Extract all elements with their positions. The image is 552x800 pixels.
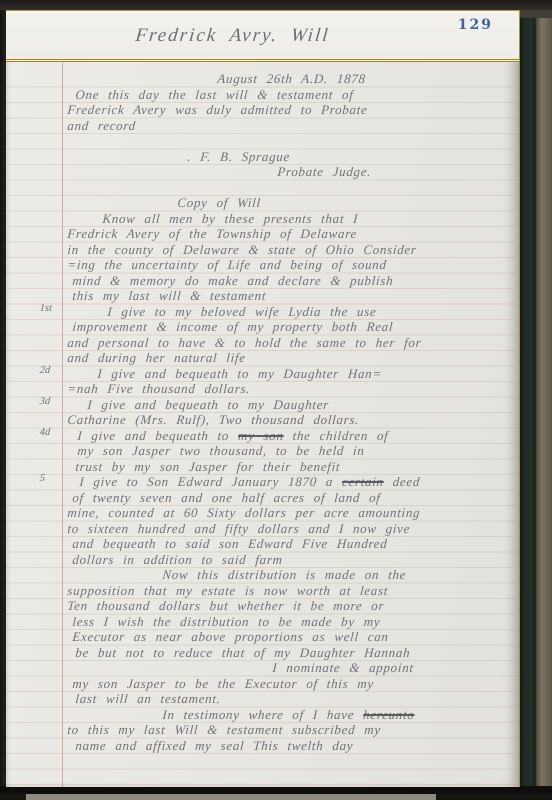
book-binding-edge xyxy=(518,0,552,800)
manuscript-text: to this my last Will & testament subscri… xyxy=(67,722,381,737)
manuscript-text: and record xyxy=(67,118,137,133)
manuscript-text: and personal to have & to hold the same … xyxy=(67,335,422,350)
manuscript-line: In testimony where of I have hereunto xyxy=(67,707,511,723)
manuscript-text: be but not to reduce that of my Daughter… xyxy=(75,645,411,660)
manuscript-text: Frederick Avery was duly admitted to Pro… xyxy=(67,102,368,117)
manuscript-line: and record xyxy=(67,118,511,134)
manuscript-line: 2dI give and bequeath to my Daughter Han… xyxy=(67,366,511,382)
manuscript-line: supposition that my estate is now worth … xyxy=(67,583,511,599)
manuscript-line: Catharine (Mrs. Rulf), Two thousand doll… xyxy=(67,412,511,428)
ledger-page: Fredrick Avry. Will 129 August 26th A.D.… xyxy=(6,10,520,787)
manuscript-line: and during her natural life xyxy=(67,350,511,366)
manuscript-line: and personal to have & to hold the same … xyxy=(67,335,511,351)
manuscript-line: be but not to reduce that of my Daughter… xyxy=(67,645,511,661)
manuscript-line: I nominate & appoint xyxy=(67,660,511,676)
manuscript-line: last will an testament. xyxy=(67,691,511,707)
manuscript-text: deed xyxy=(383,474,420,489)
manuscript-line: in the county of Delaware & state of Ohi… xyxy=(67,242,511,258)
manuscript-text: Probate Judge. xyxy=(277,164,372,179)
page-title: Fredrick Avry. Will xyxy=(5,25,460,47)
margin-rule-line xyxy=(62,62,63,787)
manuscript-line: mind & memory do make and declare & publ… xyxy=(67,273,511,289)
page-number: 129 xyxy=(458,17,493,33)
manuscript-line: 3dI give and bequeath to my Daughter xyxy=(67,397,511,413)
manuscript-line: dollars in addition to said farm xyxy=(67,552,511,568)
table-surface-strip xyxy=(26,794,436,800)
manuscript-line: and bequeath to said son Edward Five Hun… xyxy=(67,536,511,552)
manuscript-lines: August 26th A.D. 1878One this day the la… xyxy=(68,71,511,753)
manuscript-line: Fredrick Avery of the Township of Delawa… xyxy=(67,226,511,242)
struck-text: hereunto xyxy=(363,707,415,722)
manuscript-text: I give to Son Edward January 1870 a xyxy=(79,474,343,489)
manuscript-line: 1stI give to my beloved wife Lydia the u… xyxy=(67,304,511,320)
manuscript-line: mine, counted at 60 Sixty dollars per ac… xyxy=(67,505,511,521)
manuscript-line: my son Jasper two thousand, to be held i… xyxy=(67,443,511,459)
clause-number: 5 xyxy=(39,471,45,487)
manuscript-text: my son Jasper two thousand, to be held i… xyxy=(77,443,365,458)
manuscript-text: I give and bequeath to my Daughter Han= xyxy=(97,366,383,381)
manuscript-text: =nah Five thousand dollars. xyxy=(67,381,251,396)
manuscript-text: Ten thousand dollars but whether it be m… xyxy=(67,598,385,613)
manuscript-line: less I wish the distribution to be made … xyxy=(67,614,511,630)
manuscript-text: Now this distribution is made on the xyxy=(162,567,407,582)
manuscript-text: last will an testament. xyxy=(75,691,221,706)
clause-number: 3d xyxy=(39,394,51,410)
manuscript-text: =ing the uncertainty of Life and being o… xyxy=(67,257,387,272)
manuscript-text: trust by my son Jasper for their benefit xyxy=(75,459,341,474)
manuscript-line: name and affixed my seal This twelth day xyxy=(67,738,511,754)
manuscript-text: Copy of Will xyxy=(177,195,261,210)
blank-line xyxy=(67,180,511,196)
page-header: Fredrick Avry. Will 129 xyxy=(6,11,519,62)
manuscript-line: my son Jasper to be the Executor of this… xyxy=(67,676,511,692)
manuscript-line: =ing the uncertainty of Life and being o… xyxy=(67,257,511,273)
manuscript-text: and bequeath to said son Edward Five Hun… xyxy=(72,536,388,551)
manuscript-line: Know all men by these presents that I xyxy=(67,211,511,227)
manuscript-text: my son Jasper to be the Executor of this… xyxy=(72,676,375,691)
clause-number: 1st xyxy=(39,301,52,317)
manuscript-text: mind & memory do make and declare & publ… xyxy=(72,273,394,288)
struck-text: certain xyxy=(342,474,385,489)
manuscript-line: Now this distribution is made on the xyxy=(67,567,511,583)
manuscript-line: to this my last Will & testament subscri… xyxy=(67,722,511,738)
manuscript-line: this my last will & testament xyxy=(67,288,511,304)
manuscript-text: to sixteen hundred and fifty dollars and… xyxy=(67,521,411,536)
manuscript-text: I nominate & appoint xyxy=(272,660,414,675)
manuscript-text: August 26th A.D. 1878 xyxy=(217,71,366,86)
photo-top-edge xyxy=(0,0,552,10)
manuscript-text: dollars in addition to said farm xyxy=(72,552,283,567)
manuscript-text: Fredrick Avery of the Township of Delawa… xyxy=(67,226,358,241)
manuscript-text: improvement & income of my property both… xyxy=(72,319,394,334)
manuscript-line: 4dI give and bequeath to my son the chil… xyxy=(67,428,511,444)
manuscript-text: Catharine (Mrs. Rulf), Two thousand doll… xyxy=(67,412,360,427)
manuscript-text: of twenty seven and one half acres of la… xyxy=(72,490,381,505)
struck-text: my son xyxy=(238,428,285,443)
manuscript-line: One this day the last will & testament o… xyxy=(67,87,511,103)
manuscript-text: One this day the last will & testament o… xyxy=(75,87,354,102)
manuscript-line: Probate Judge. xyxy=(67,164,511,180)
manuscript-text: name and affixed my seal This twelth day xyxy=(75,738,354,753)
manuscript-line: Ten thousand dollars but whether it be m… xyxy=(67,598,511,614)
manuscript-line: improvement & income of my property both… xyxy=(67,319,511,335)
manuscript-text: the children of xyxy=(283,428,389,443)
manuscript-line: to sixteen hundred and fifty dollars and… xyxy=(67,521,511,537)
manuscript-line: trust by my son Jasper for their benefit xyxy=(67,459,511,475)
manuscript-line: 5I give to Son Edward January 1870 a cer… xyxy=(67,474,511,490)
manuscript-line: Copy of Will xyxy=(67,195,511,211)
manuscript-text: . F. B. Sprague xyxy=(187,149,291,164)
manuscript-line: =nah Five thousand dollars. xyxy=(67,381,511,397)
manuscript-text: I give and bequeath to xyxy=(77,428,239,443)
manuscript-line: August 26th A.D. 1878 xyxy=(67,71,511,87)
manuscript-text: and during her natural life xyxy=(67,350,246,365)
manuscript-text: Know all men by these presents that I xyxy=(102,211,359,226)
manuscript-text: In testimony where of I have xyxy=(162,707,364,722)
manuscript-text: mine, counted at 60 Sixty dollars per ac… xyxy=(67,505,421,520)
manuscript-text: in the county of Delaware & state of Ohi… xyxy=(67,242,417,257)
manuscript-line: . F. B. Sprague xyxy=(67,149,511,165)
manuscript-text: I give and bequeath to my Daughter xyxy=(87,397,330,412)
clause-number: 4d xyxy=(39,425,51,441)
manuscript-line: Frederick Avery was duly admitted to Pro… xyxy=(67,102,511,118)
manuscript-text: I give to my beloved wife Lydia the use xyxy=(107,304,377,319)
manuscript-text: this my last will & testament xyxy=(72,288,267,303)
manuscript-text: supposition that my estate is now worth … xyxy=(67,583,389,598)
clause-number: 2d xyxy=(39,363,51,379)
manuscript-text: less I wish the distribution to be made … xyxy=(72,614,381,629)
manuscript-line: of twenty seven and one half acres of la… xyxy=(67,490,511,506)
manuscript-text: Executor as near above proportions as we… xyxy=(72,629,389,644)
blank-line xyxy=(67,133,511,149)
manuscript-line: Executor as near above proportions as we… xyxy=(67,629,511,645)
page-body: August 26th A.D. 1878One this day the la… xyxy=(6,62,519,787)
